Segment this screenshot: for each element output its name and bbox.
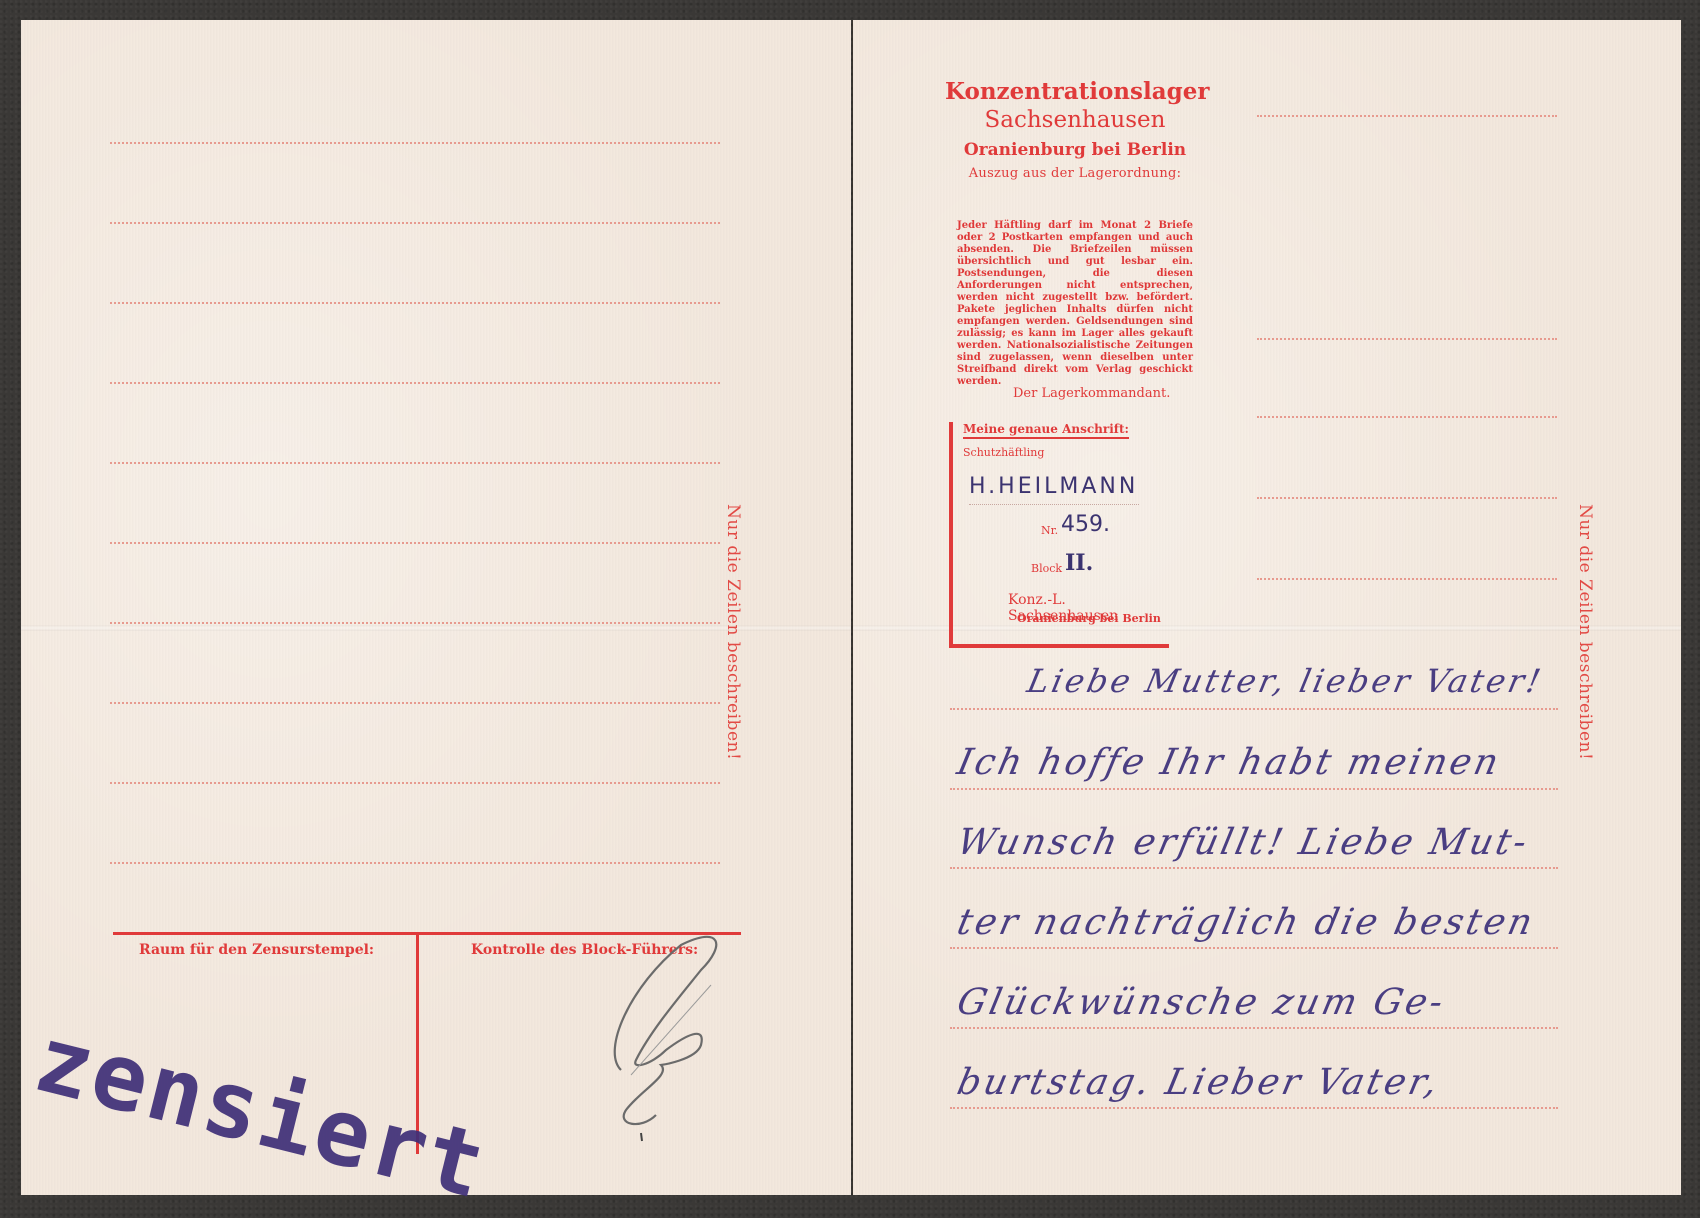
writing-line (110, 862, 720, 864)
letter-line: ter nachträglich die besten (954, 902, 1539, 943)
rules-heading: Auszug aus der Lagerordnung: (945, 166, 1205, 181)
writing-line (950, 1107, 1558, 1109)
commandant-signoff: Der Lagerkommandant. (1013, 386, 1170, 401)
address-box: Meine genaue Anschrift: Schutzhäftling H… (949, 422, 1169, 648)
writing-line (950, 867, 1558, 869)
writing-line (110, 142, 720, 144)
left-page: Nur die Zeilen beschreiben! Raum für den… (21, 20, 851, 1195)
writing-line (1257, 115, 1557, 117)
address-title: Meine genaue Anschrift: (963, 422, 1129, 439)
prisoner-label: Schutzhäftling (963, 446, 1044, 459)
zensiert-stamp: zensiert (25, 1005, 496, 1218)
writing-line (110, 782, 720, 784)
writing-line (110, 302, 720, 304)
writing-line (110, 382, 720, 384)
writing-line (110, 462, 720, 464)
side-note: Nur die Zeilen beschreiben! (723, 504, 743, 760)
camp-rules-text: Jeder Häftling darf im Monat 2 Briefe od… (957, 220, 1193, 388)
writing-line (950, 1027, 1558, 1029)
writing-line (110, 622, 720, 624)
letterhead-location: Oranienburg bei Berlin (945, 140, 1205, 160)
writing-line (1257, 416, 1557, 418)
side-note: Nur die Zeilen beschreiben! (1575, 504, 1595, 760)
writing-line (1257, 497, 1557, 499)
number-label: Nr. (1041, 524, 1058, 537)
letterhead: Konzentrationslager Sachsenhausen Oranie… (945, 78, 1205, 181)
writing-line (950, 708, 1558, 710)
letter-line: Wunsch erfüllt! Liebe Mut- (954, 822, 1534, 863)
prisoner-number: 459. (1061, 512, 1110, 537)
letter-line: Liebe Mutter, lieber Vater! (1024, 662, 1547, 700)
right-page: Konzentrationslager Sachsenhausen Oranie… (853, 20, 1681, 1195)
writing-line (110, 542, 720, 544)
writing-line (950, 788, 1558, 790)
censor-stamp-label: Raum für den Zensurstempel: (139, 942, 374, 958)
block-leader-signature-icon (601, 925, 741, 1145)
name-dotted-line (969, 504, 1139, 505)
writing-line (1257, 338, 1557, 340)
letterhead-camp-name: Sachsenhausen (945, 106, 1205, 134)
letter-line: Glückwünsche zum Ge- (954, 982, 1450, 1023)
writing-line (110, 702, 720, 704)
block-label: Block (1031, 562, 1062, 575)
letter-line: Ich hoffe Ihr habt meinen (954, 742, 1505, 783)
letterhead-camp: Konzentrationslager (945, 78, 1205, 106)
writing-line (1257, 578, 1557, 580)
camp-address-line2: Oranienburg bei Berlin (1017, 612, 1161, 625)
writing-line (950, 947, 1558, 949)
prisoner-name: H.HEILMANN (969, 474, 1138, 499)
letter-line: burtstag. Lieber Vater, (954, 1062, 1444, 1103)
writing-line (110, 222, 720, 224)
block-number: II. (1065, 550, 1093, 576)
